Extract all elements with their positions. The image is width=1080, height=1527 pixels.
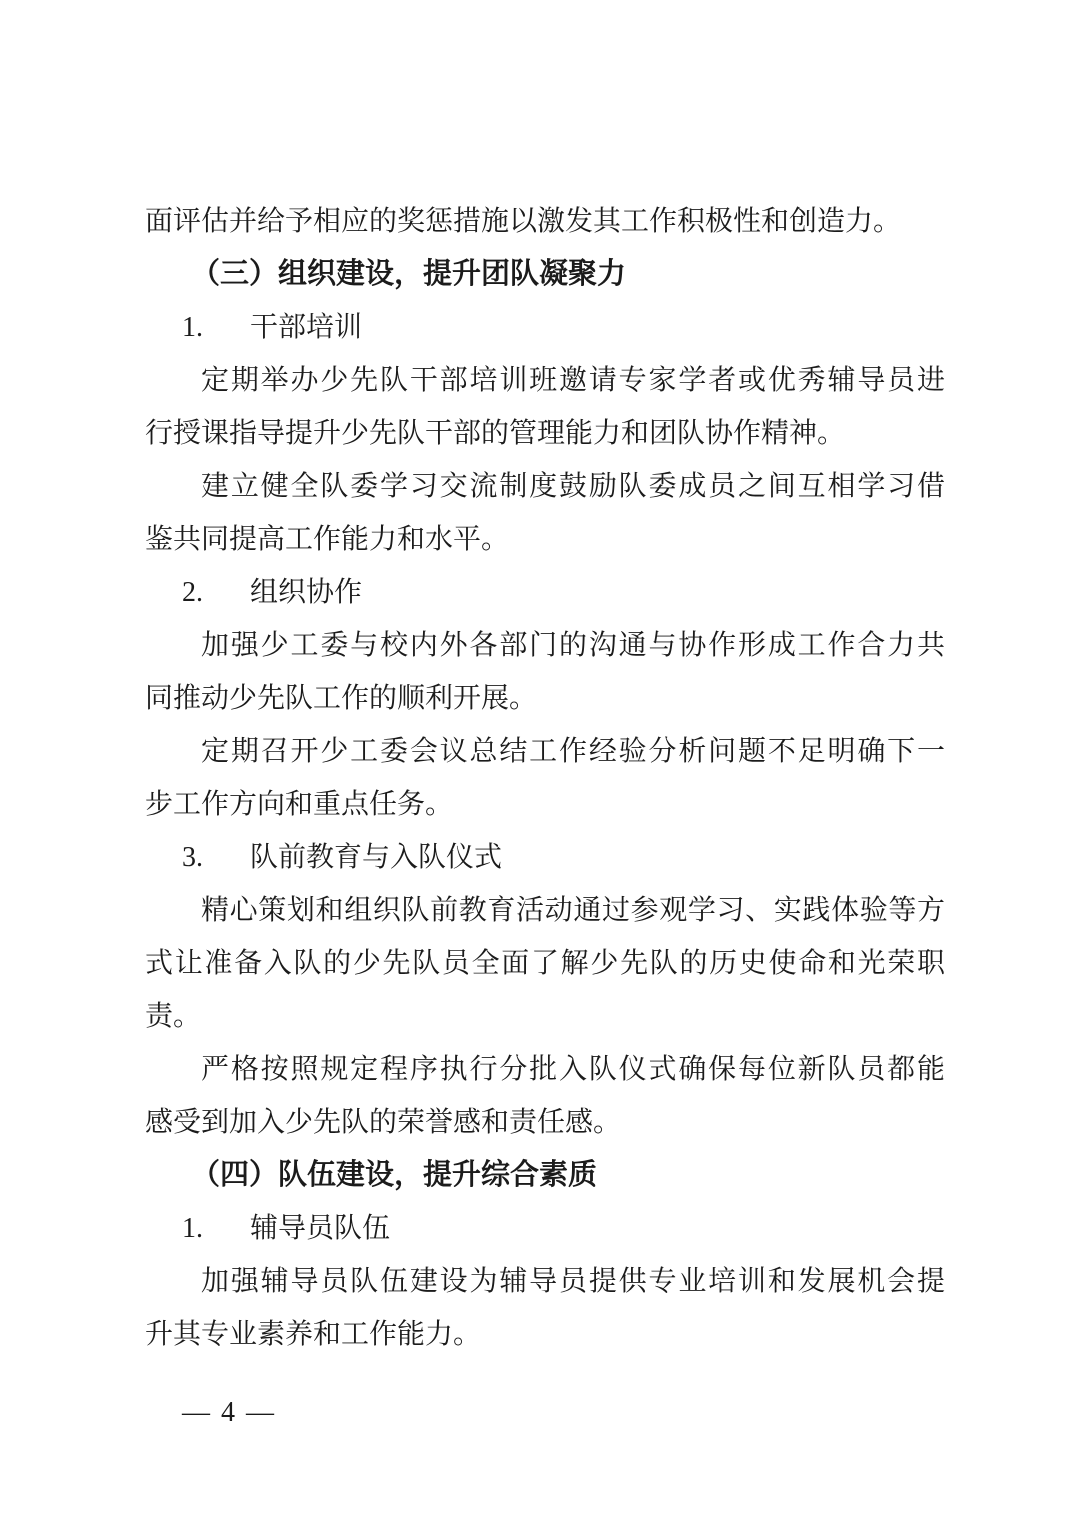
item-number: 1. [182,1202,250,1255]
text-line: 严格按照规定程序执行分批入队仪式确保每位新队员都能 [145,1043,945,1096]
text-line: 加强辅导员队伍建设为辅导员提供专业培训和发展机会提 [145,1255,945,1308]
text-line: 鉴共同提高工作能力和水平。 [145,513,945,566]
text-line: 定期举办少先队干部培训班邀请专家学者或优秀辅导员进 [145,354,945,407]
numbered-heading: 1.干部培训 [145,301,945,354]
text-line: 步工作方向和重点任务。 [145,778,945,831]
text-line: 升其专业素养和工作能力。 [145,1308,945,1361]
text-line: 式让准备入队的少先队员全面了解少先队的历史使命和光荣职 [145,937,945,990]
text-line: 行授课指导提升少先队干部的管理能力和团队协作精神。 [145,407,945,460]
item-title: 辅导员队伍 [250,1213,390,1244]
item-number: 3. [182,831,250,884]
numbered-heading: 1.辅导员队伍 [145,1202,945,1255]
section-heading: （四）队伍建设，提升综合素质 [145,1149,945,1202]
text-line: 同推动少先队工作的顺利开展。 [145,672,945,725]
item-title: 干部培训 [250,312,362,343]
item-title: 队前教育与入队仪式 [250,842,502,873]
item-title: 组织协作 [250,577,362,608]
numbered-heading: 3.队前教育与入队仪式 [145,831,945,884]
page-body: 面评估并给予相应的奖惩措施以激发其工作积极性和创造力。 （三）组织建设，提升团队… [145,195,945,1361]
text-line: 精心策划和组织队前教育活动通过参观学习、实践体验等方 [145,884,945,937]
section-heading: （三）组织建设，提升团队凝聚力 [145,248,945,301]
text-line: 责。 [145,990,945,1043]
item-number: 1. [182,301,250,354]
text-line: 加强少工委与校内外各部门的沟通与协作形成工作合力共 [145,619,945,672]
page-number: — 4 — [182,1396,276,1430]
text-line: 感受到加入少先队的荣誉感和责任感。 [145,1096,945,1149]
numbered-heading: 2.组织协作 [145,566,945,619]
item-number: 2. [182,566,250,619]
text-line: 面评估并给予相应的奖惩措施以激发其工作积极性和创造力。 [145,195,945,248]
text-line: 定期召开少工委会议总结工作经验分析问题不足明确下一 [145,725,945,778]
document-page: 面评估并给予相应的奖惩措施以激发其工作积极性和创造力。 （三）组织建设，提升团队… [0,0,1080,1527]
text-line: 建立健全队委学习交流制度鼓励队委成员之间互相学习借 [145,460,945,513]
